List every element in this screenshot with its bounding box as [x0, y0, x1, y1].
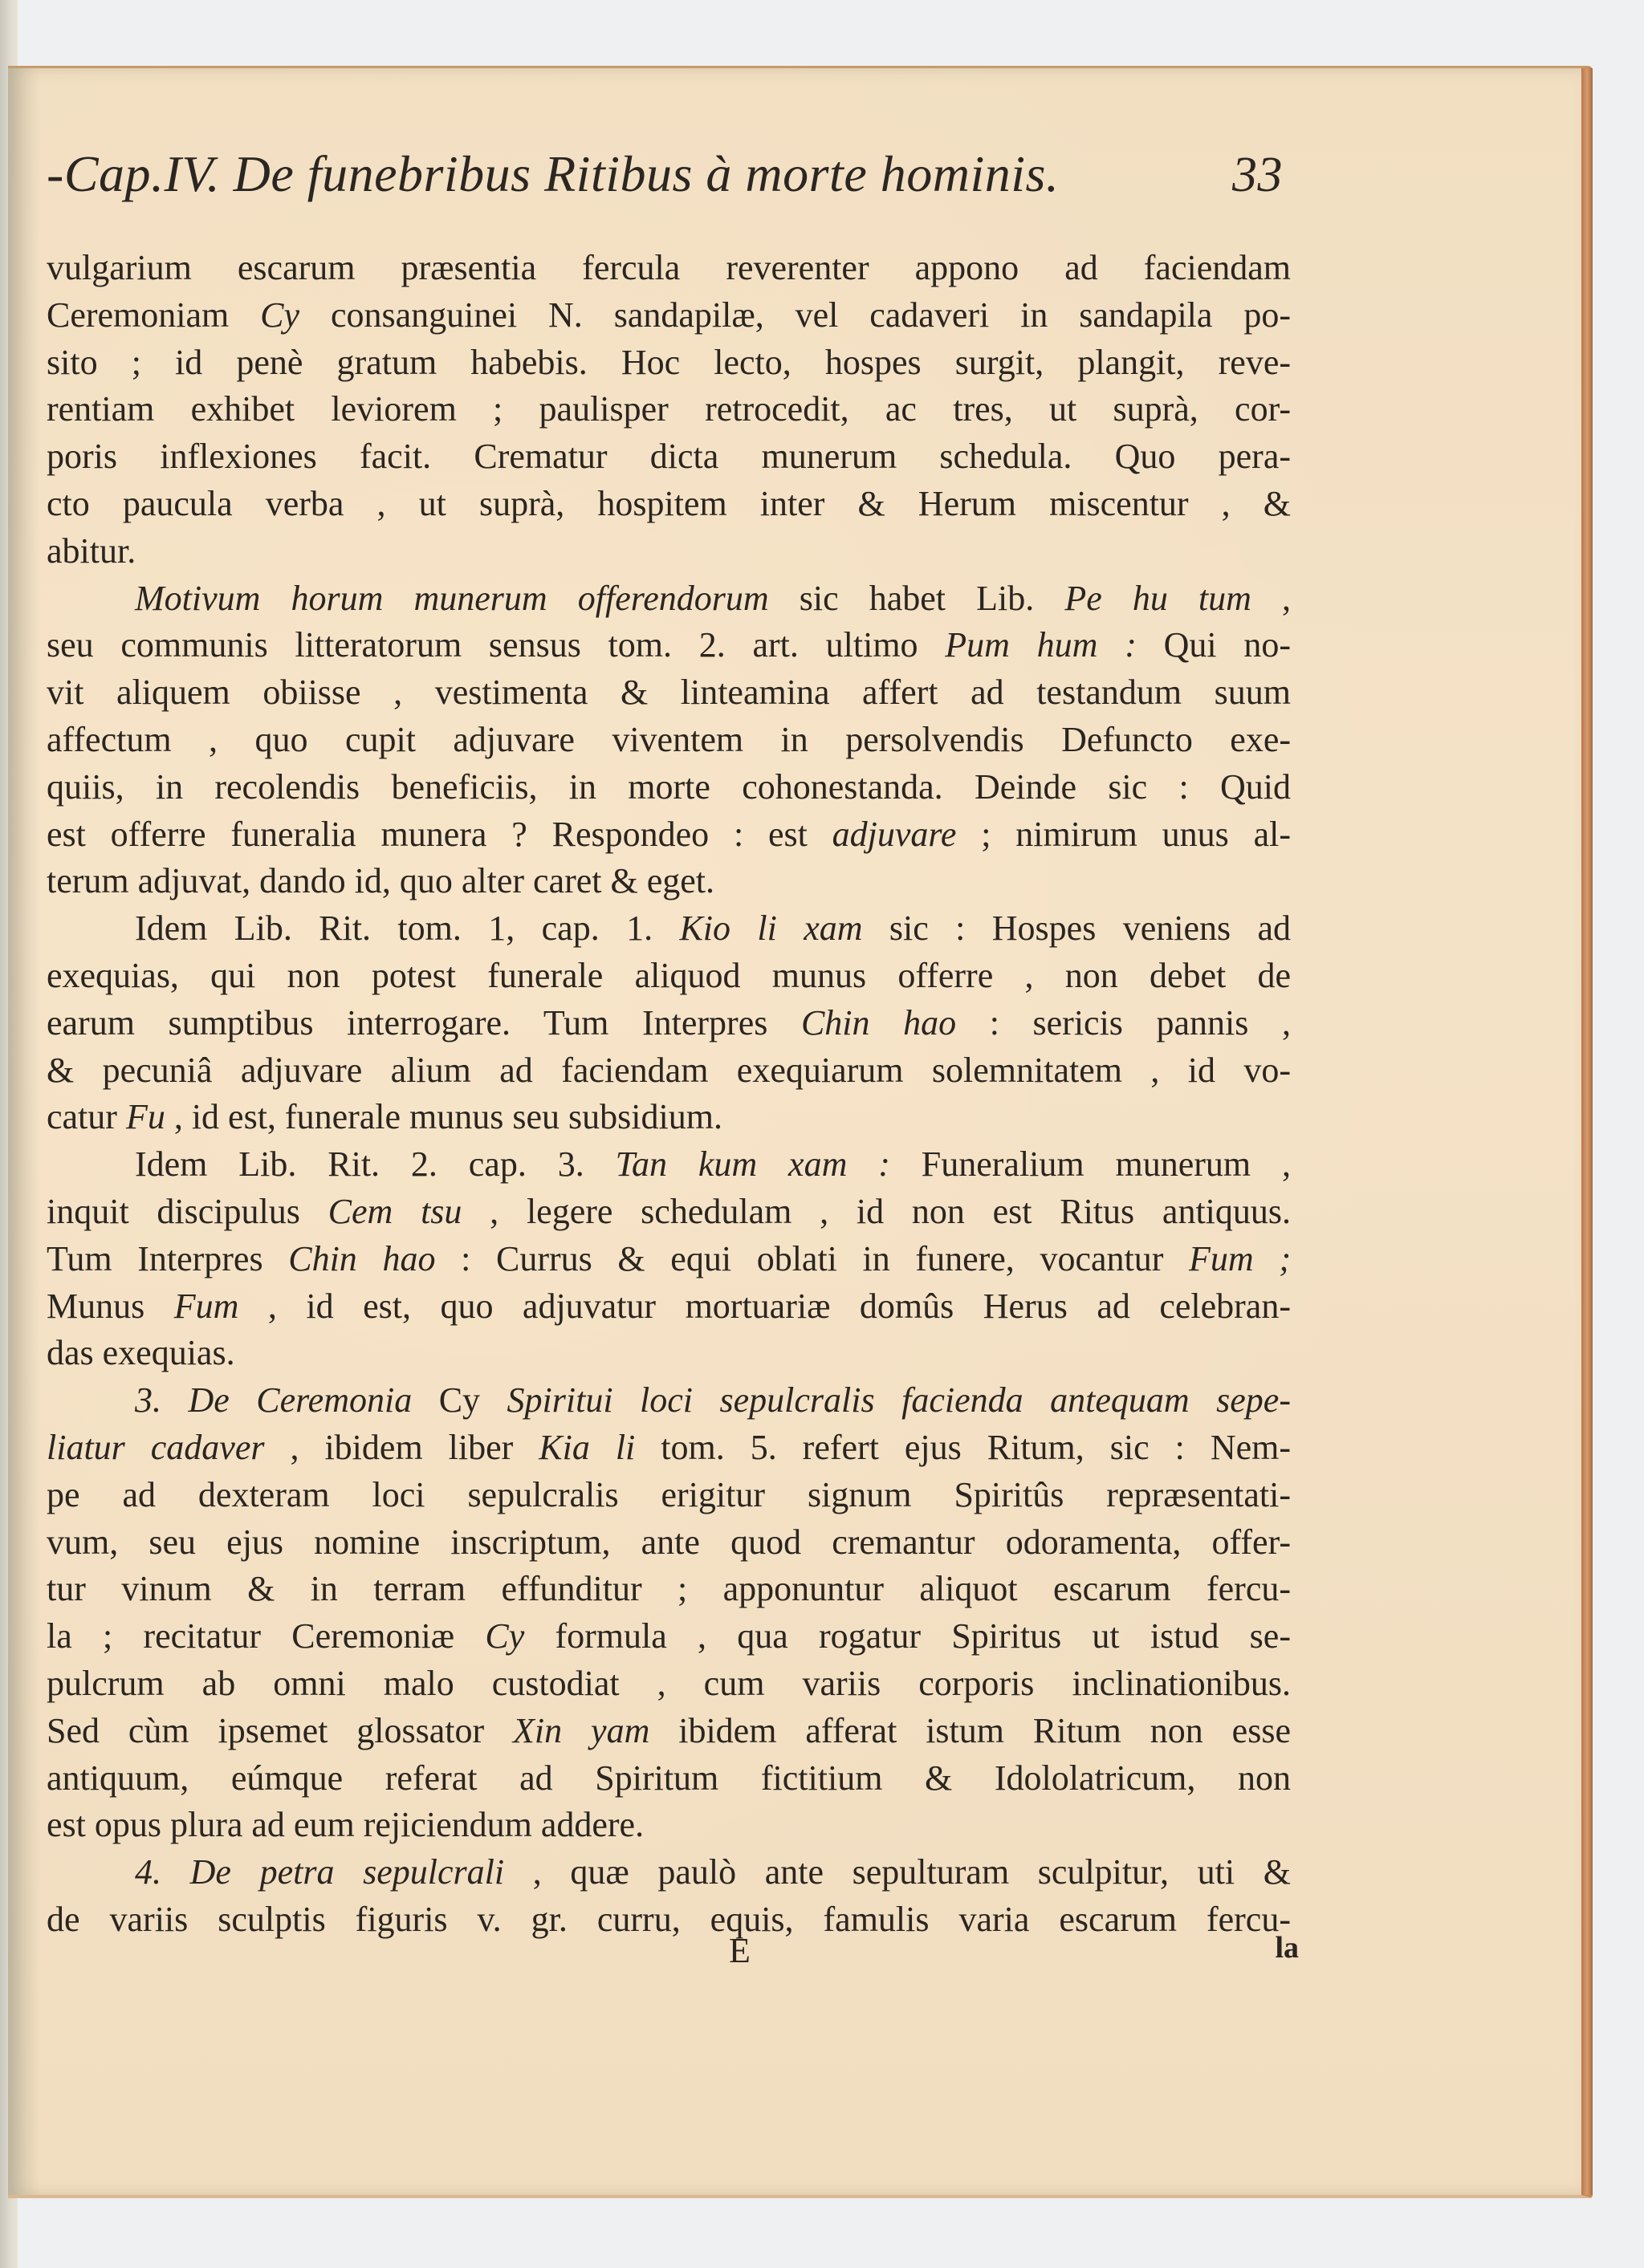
text-line: Sed cùm ipsemet glossator Xin yam ibidem…	[47, 1708, 1291, 1755]
italic-segment: Kia li	[539, 1428, 635, 1467]
text-line: est offerre funeralia munera ? Respondeo…	[47, 811, 1291, 859]
italic-segment: Kio li xam	[679, 908, 862, 948]
italic-segment: Chin hao	[801, 1003, 956, 1043]
text-line: 3. De Ceremonia Cy Spiritui loci sepulcr…	[47, 1377, 1291, 1425]
text-segment: Idem Lib. Rit. tom. 1, cap. 1.	[135, 908, 679, 948]
text-line: cto paucula verba , ut suprà, hospitem i…	[47, 481, 1291, 528]
text-line: affectum , quo cupit adjuvare viventem i…	[47, 717, 1291, 764]
italic-segment: Spiritui loci sepulcralis facienda anteq…	[507, 1380, 1291, 1420]
body-text: vulgarium escarum præsentia fercula reve…	[47, 245, 1291, 1944]
text-line: poris inflexiones facit. Crematur dicta …	[47, 433, 1291, 481]
text-segment: tur vinum & in terram effunditur ; appon…	[47, 1569, 1291, 1608]
italic-segment: Fum ;	[1189, 1239, 1291, 1278]
text-segment: ; nimirum unus al-	[956, 815, 1291, 854]
italic-segment: Motivum horum munerum offerendorum	[135, 579, 769, 618]
text-segment: vum, seu ejus nomine inscriptum, ante qu…	[47, 1522, 1291, 1562]
italic-segment: liatur cadaver	[47, 1428, 265, 1467]
text-line: terum adjuvat, dando id, quo alter caret…	[47, 858, 1291, 905]
text-segment: tom. 5. refert ejus Ritum, sic : Nem-	[635, 1428, 1291, 1467]
text-line: Motivum horum munerum offerendorum sic h…	[47, 575, 1291, 623]
italic-segment: 3. De Ceremonia	[135, 1380, 439, 1420]
page-footer: E la	[47, 1930, 1299, 1978]
italic-segment: Xin yam	[513, 1711, 649, 1750]
text-line: Munus Fum , id est, quo adjuvatur mortua…	[47, 1283, 1291, 1331]
text-segment: consanguinei N. sandapilæ, vel cadaveri …	[299, 295, 1291, 335]
text-line: tur vinum & in terram effunditur ; appon…	[47, 1566, 1291, 1613]
text-line: abitur.	[47, 528, 1291, 575]
text-segment: , quæ paulò ante sepulturam sculpitur, u…	[504, 1852, 1291, 1892]
text-segment: Cy	[439, 1380, 507, 1420]
text-segment: Idem Lib. Rit. 2. cap. 3.	[135, 1144, 616, 1184]
running-head: -Cap.IV. De funebribus Ritibus à morte h…	[47, 144, 1299, 204]
text-line: vulgarium escarum præsentia fercula reve…	[47, 245, 1291, 292]
text-segment: exequias, qui non potest funerale aliquo…	[47, 956, 1291, 995]
text-line: exequias, qui non potest funerale aliquo…	[47, 953, 1291, 1000]
text-segment: inquit discipulus	[47, 1192, 328, 1231]
text-segment: : Currus & equi oblati in funere, vocant…	[435, 1239, 1189, 1278]
text-segment: sic habet Lib.	[769, 579, 1065, 618]
text-line: antiquum, eúmque referat ad Spiritum fic…	[47, 1755, 1291, 1803]
text-line: rentiam exhibet leviorem ; paulisper ret…	[47, 386, 1291, 433]
page-number: 33	[1232, 147, 1283, 204]
text-segment: catur	[47, 1097, 126, 1136]
catchword: la	[1275, 1930, 1299, 1965]
text-line: liatur cadaver , ibidem liber Kia li tom…	[47, 1425, 1291, 1472]
text-segment: poris inflexiones facit. Crematur dicta …	[47, 437, 1291, 476]
page-fore-edge	[1581, 68, 1593, 2195]
text-line: Idem Lib. Rit. tom. 1, cap. 1. Kio li xa…	[47, 905, 1291, 953]
text-segment: , id est, funerale munus seu subsidium.	[165, 1097, 722, 1136]
italic-segment: Cem tsu	[328, 1192, 462, 1231]
text-segment: seu communis litteratorum sensus tom. 2.…	[47, 625, 945, 665]
text-segment: vit aliquem obiisse , vestimenta & linte…	[47, 673, 1291, 712]
text-line: & pecuniâ adjuvare alium ad faciendam ex…	[47, 1047, 1291, 1095]
text-segment: : sericis pannis ,	[956, 1003, 1291, 1043]
italic-segment: adjuvare	[832, 815, 957, 854]
text-line: est opus plura ad eum rejiciendum addere…	[47, 1802, 1291, 1849]
text-segment: terum adjuvat, dando id, quo alter caret…	[47, 861, 714, 900]
text-segment: earum sumptibus interrogare. Tum Interpr…	[47, 1003, 801, 1043]
italic-segment: 4. De petra sepulcrali	[135, 1852, 504, 1892]
italic-segment: Pum hum :	[945, 625, 1137, 665]
text-line: vum, seu ejus nomine inscriptum, ante qu…	[47, 1519, 1291, 1567]
text-line: Idem Lib. Rit. 2. cap. 3. Tan kum xam : …	[47, 1141, 1291, 1189]
text-line: Tum Interpres Chin hao : Currus & equi o…	[47, 1236, 1291, 1283]
italic-segment: Tan kum xam :	[616, 1144, 890, 1184]
text-segment: & pecuniâ adjuvare alium ad faciendam ex…	[47, 1051, 1291, 1090]
text-segment: , id est, quo adjuvatur mortuariæ domûs …	[238, 1286, 1291, 1326]
page-gutter-shadow	[8, 68, 40, 2195]
text-line: seu communis litteratorum sensus tom. 2.…	[47, 622, 1291, 669]
text-segment: antiquum, eúmque referat ad Spiritum fic…	[47, 1758, 1291, 1798]
text-segment: est offerre funeralia munera ? Respondeo…	[47, 815, 832, 854]
italic-segment: Fu	[126, 1097, 165, 1136]
text-segment: rentiam exhibet leviorem ; paulisper ret…	[47, 389, 1291, 429]
text-segment: pulcrum ab omni malo custodiat , cum var…	[47, 1664, 1291, 1703]
text-segment: , legere schedulam , id non est Ritus an…	[462, 1192, 1291, 1231]
text-line: Ceremoniam Cy consanguinei N. sandapilæ,…	[47, 292, 1291, 339]
text-segment: affectum , quo cupit adjuvare viventem i…	[47, 720, 1291, 759]
text-segment: pe ad dexteram loci sepulcralis erigitur…	[47, 1475, 1291, 1514]
text-line: vit aliquem obiisse , vestimenta & linte…	[47, 669, 1291, 717]
italic-segment: Fum	[174, 1286, 239, 1326]
text-segment: Munus	[47, 1286, 174, 1326]
text-segment: vulgarium escarum præsentia fercula reve…	[47, 248, 1291, 287]
text-segment: ,	[1251, 579, 1291, 618]
italic-segment: Pe hu tum	[1064, 579, 1251, 618]
text-line: inquit discipulus Cem tsu , legere sched…	[47, 1189, 1291, 1236]
text-line: quiis, in recolendis beneficiis, in mort…	[47, 764, 1291, 811]
text-line: earum sumptibus interrogare. Tum Interpr…	[47, 1000, 1291, 1047]
text-line: catur Fu , id est, funerale munus seu su…	[47, 1094, 1291, 1141]
text-segment: sito ; id penè gratum habebis. Hoc lecto…	[47, 343, 1291, 382]
text-segment: das exequias.	[47, 1333, 235, 1372]
text-segment: Sed cùm ipsemet glossator	[47, 1711, 513, 1750]
text-segment: , ibidem liber	[265, 1428, 539, 1467]
text-line: das exequias.	[47, 1330, 1291, 1377]
text-segment: la ; recitatur Ceremoniæ	[47, 1616, 485, 1656]
italic-segment: Cy	[260, 295, 299, 335]
text-line: pe ad dexteram loci sepulcralis erigitur…	[47, 1472, 1291, 1519]
text-segment: sic : Hospes veniens ad	[863, 908, 1291, 948]
text-segment: est opus plura ad eum rejiciendum addere…	[47, 1805, 644, 1844]
text-line: la ; recitatur Ceremoniæ Cy formula , qu…	[47, 1613, 1291, 1660]
italic-segment: Cy	[485, 1616, 524, 1656]
text-line: 4. De petra sepulcrali , quæ paulò ante …	[47, 1849, 1291, 1896]
text-segment: ibidem afferat istum Ritum non esse	[649, 1711, 1291, 1750]
text-segment: Ceremoniam	[47, 295, 260, 335]
text-line: sito ; id penè gratum habebis. Hoc lecto…	[47, 339, 1291, 387]
text-segment: abitur.	[47, 531, 136, 571]
text-segment: cto paucula verba , ut suprà, hospitem i…	[47, 484, 1291, 523]
text-segment: formula , qua rogatur Spiritus ut istud …	[524, 1616, 1291, 1656]
text-line: pulcrum ab omni malo custodiat , cum var…	[47, 1660, 1291, 1708]
text-segment: Funeralium munerum ,	[890, 1144, 1291, 1184]
running-head-title: -Cap.IV. De funebribus Ritibus à morte h…	[47, 144, 1059, 204]
text-segment: Qui no-	[1137, 625, 1291, 665]
italic-segment: Chin hao	[288, 1239, 435, 1278]
signature-mark: E	[729, 1930, 751, 1971]
text-segment: Tum Interpres	[47, 1239, 288, 1278]
text-segment: quiis, in recolendis beneficiis, in mort…	[47, 767, 1291, 807]
